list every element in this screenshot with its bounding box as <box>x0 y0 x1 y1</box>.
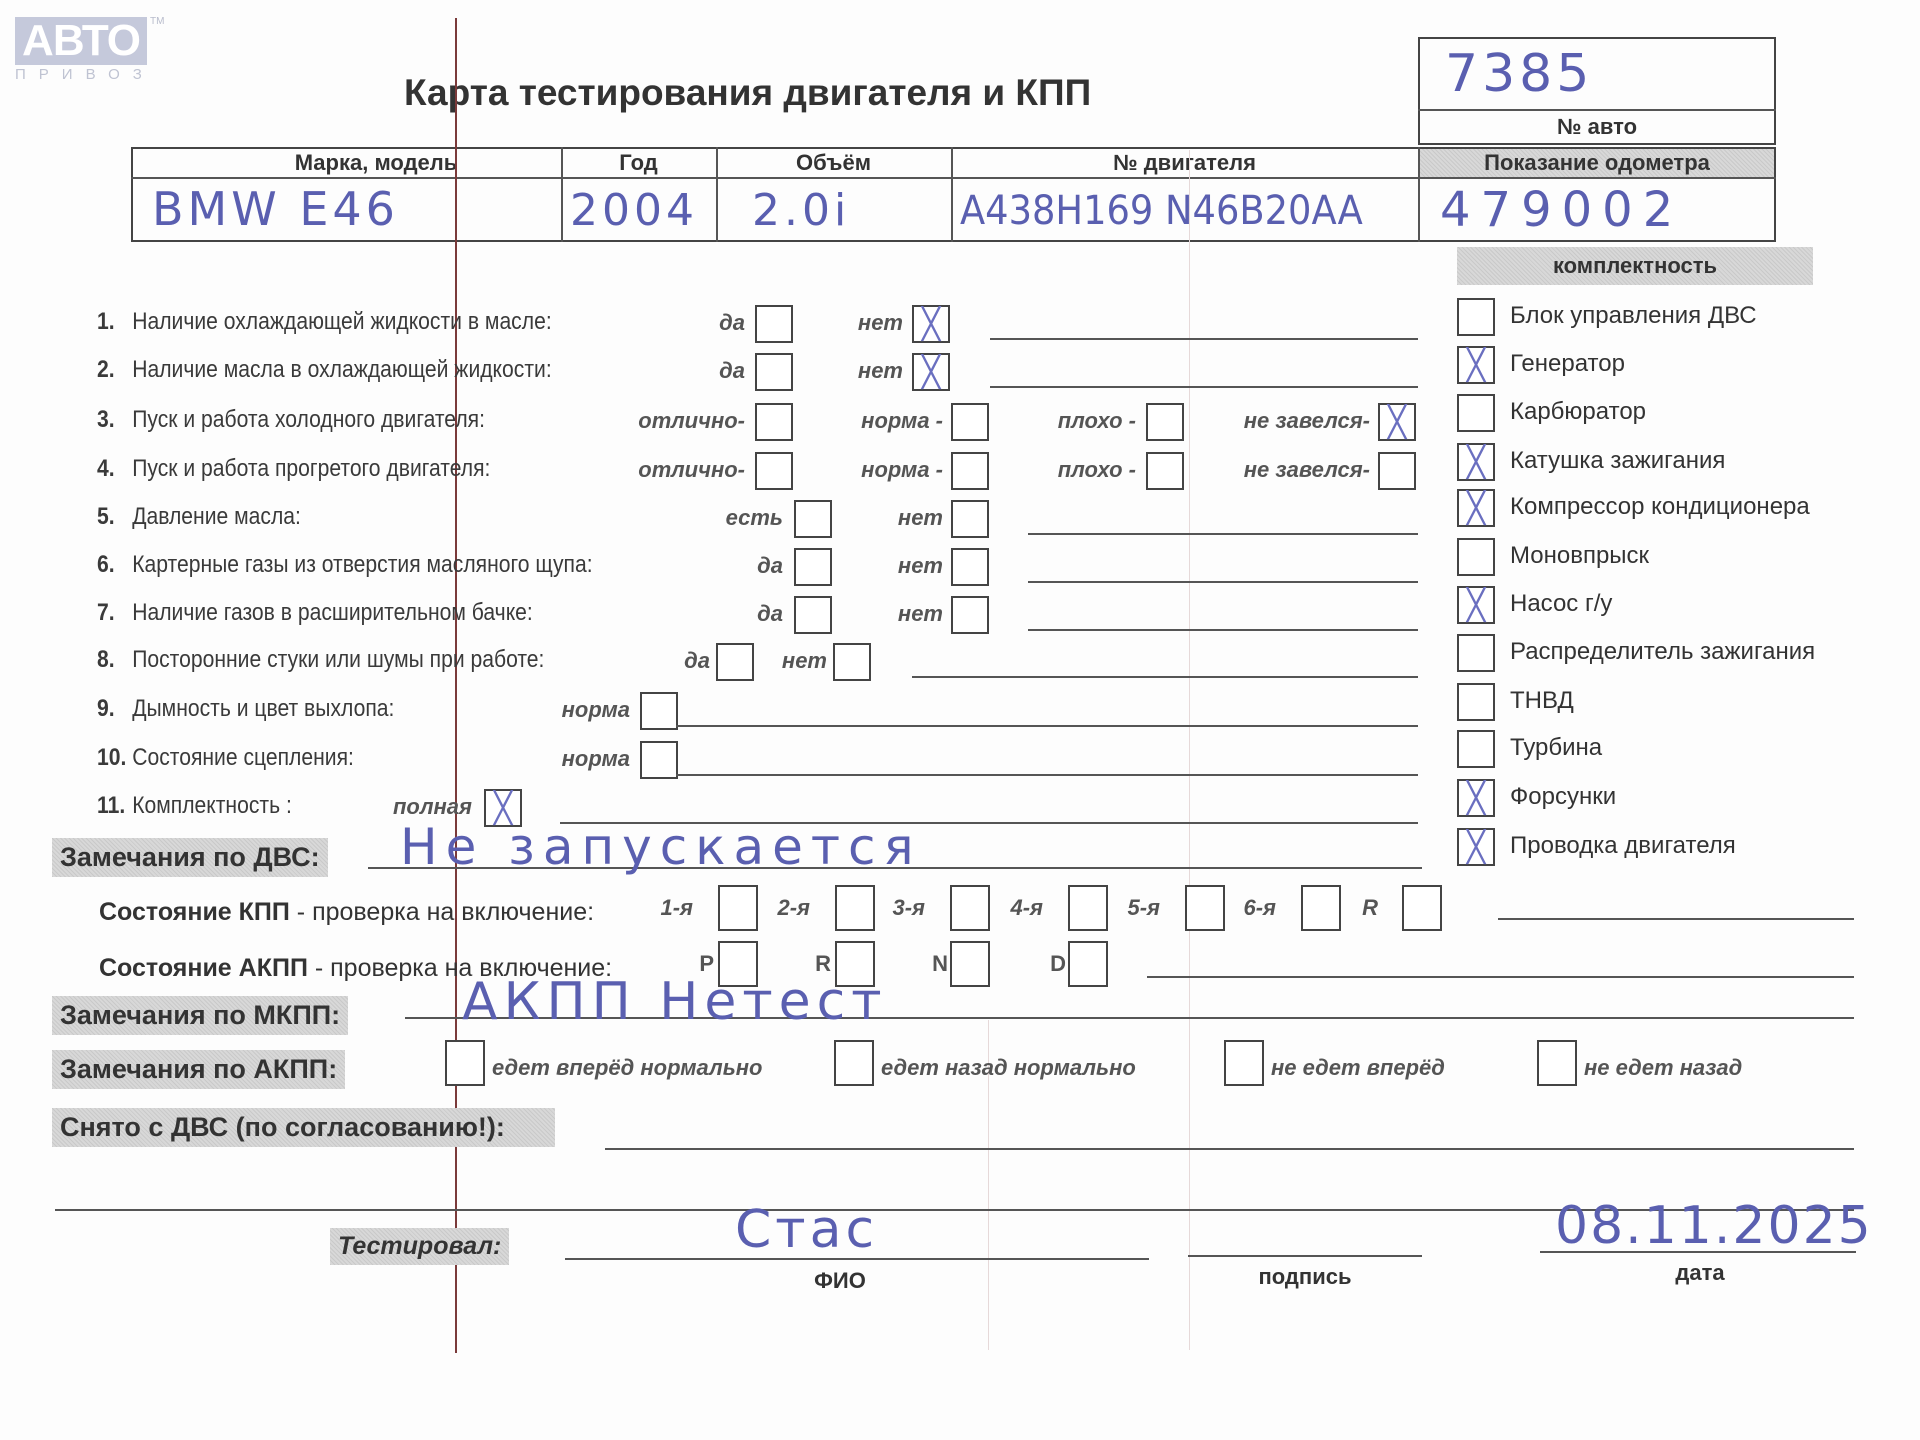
manual-check-label: Состояние КПП - проверка на включение: <box>99 898 594 927</box>
auto-remark-checkbox[interactable] <box>1224 1040 1264 1086</box>
kit-checkbox[interactable]: ╳ <box>1457 489 1495 527</box>
make-model-value[interactable]: BMW E46 <box>152 182 399 236</box>
option-checkbox[interactable] <box>951 500 989 538</box>
header-year: Год <box>561 148 716 178</box>
kit-checkbox[interactable] <box>1457 730 1495 768</box>
kit-item-label: Катушка зажигания <box>1510 447 1725 475</box>
question-label: 1.Наличие охлаждающей жидкости в масле: <box>97 308 552 336</box>
divider <box>1418 109 1776 111</box>
manual-check-label-bold: Состояние КПП <box>99 898 290 926</box>
option-label: нет <box>743 553 943 579</box>
notes-line <box>912 676 1418 678</box>
engine-remarks-value[interactable]: Не запускается <box>400 818 922 876</box>
gear-label: 5-я <box>1080 895 1160 921</box>
kit-checkbox[interactable] <box>1457 298 1495 336</box>
gear-checkbox[interactable] <box>950 941 990 987</box>
question-label: 4.Пуск и работа прогретого двигателя: <box>97 455 490 483</box>
tester-name-value[interactable]: Стас <box>735 1200 878 1260</box>
question-number: 1. <box>97 308 132 336</box>
page-title: Карта тестирования двигателя и КПП <box>404 72 1091 114</box>
check-mark-icon: ╳ <box>486 791 520 826</box>
option-label: норма <box>430 697 630 723</box>
gear-label: 2-я <box>730 895 810 921</box>
kit-checkbox[interactable] <box>1457 683 1495 721</box>
gear-label: 6-я <box>1196 895 1276 921</box>
manual-check-line <box>1498 918 1854 920</box>
option-checkbox[interactable] <box>833 643 871 681</box>
signature-line <box>1188 1255 1422 1257</box>
option-label: нет <box>743 601 943 627</box>
logo-subtitle: ПРИВОЗ <box>15 66 150 83</box>
kit-item-label: Распределитель зажигания <box>1510 638 1815 666</box>
check-mark-icon: ╳ <box>914 355 948 390</box>
removed-line <box>605 1148 1854 1150</box>
question-text: Давление масла: <box>132 503 301 530</box>
logo-brand: АВТО <box>15 17 147 65</box>
header-make-model: Марка, модель <box>131 148 561 178</box>
question-text: Пуск и работа холодного двигателя: <box>132 406 485 433</box>
header-engine-number: № двигателя <box>951 148 1418 178</box>
notes-line <box>1028 533 1418 535</box>
question-text: Наличие газов в расширительном бачке: <box>132 599 533 626</box>
question-number: 8. <box>97 646 132 674</box>
kit-checkbox[interactable]: ╳ <box>1457 779 1495 817</box>
option-checkbox[interactable]: ╳ <box>1378 403 1416 441</box>
option-label: норма <box>430 746 630 772</box>
engine-remarks-label: Замечания по ДВС: <box>52 838 328 877</box>
check-mark-icon: ╳ <box>1459 588 1493 623</box>
option-label: полная <box>272 794 472 820</box>
question-number: 4. <box>97 455 132 483</box>
manual-check-label-rest: - проверка на включение: <box>290 898 594 926</box>
option-label: не завелся- <box>1170 408 1370 434</box>
fold-line <box>1189 150 1190 1350</box>
removed-label: Снято с ДВС (по согласованию!): <box>52 1108 555 1147</box>
notes-line <box>560 822 1418 824</box>
notes-line <box>1028 581 1418 583</box>
question-text: Состояние сцепления: <box>132 744 354 771</box>
question-label: 11.Комплектность : <box>97 792 292 820</box>
gear-checkbox[interactable] <box>1402 885 1442 931</box>
question-number: 6. <box>97 551 132 579</box>
date-caption: дата <box>1640 1260 1760 1286</box>
option-label: норма - <box>743 457 943 483</box>
option-checkbox[interactable]: ╳ <box>484 789 522 827</box>
header-volume: Объём <box>716 148 951 178</box>
gear-checkbox[interactable] <box>718 941 758 987</box>
gear-label: R <box>771 951 831 977</box>
kit-checkbox[interactable]: ╳ <box>1457 586 1495 624</box>
auto-remark-label: не едет назад <box>1584 1055 1742 1081</box>
name-caption: ФИО <box>780 1268 900 1294</box>
question-label: 2.Наличие масла в охлаждающей жидкости: <box>97 356 552 384</box>
auto-remark-label: не едет вперёд <box>1271 1055 1445 1081</box>
question-label: 3.Пуск и работа холодного двигателя: <box>97 406 485 434</box>
manual-remarks-label: Замечания по МКПП: <box>52 996 348 1035</box>
date-value[interactable]: 08.11.2025 <box>1555 1196 1873 1256</box>
option-label: нет <box>703 310 903 336</box>
question-text: Комплектность : <box>132 792 292 819</box>
question-number: 9. <box>97 695 132 723</box>
gear-checkbox[interactable] <box>1068 941 1108 987</box>
kit-item-label: Турбина <box>1510 734 1602 762</box>
gear-label: N <box>888 951 948 977</box>
gear-label: 4-я <box>963 895 1043 921</box>
question-number: 5. <box>97 503 132 531</box>
kit-item-label: Проводка двигателя <box>1510 832 1736 860</box>
kit-item-label: ТНВД <box>1510 687 1574 715</box>
question-label: 7.Наличие газов в расширительном бачке: <box>97 599 533 627</box>
kit-header: комплектность <box>1457 253 1813 279</box>
option-label: плохо - <box>936 457 1136 483</box>
margin-line <box>455 18 457 1353</box>
check-mark-icon: ╳ <box>1459 491 1493 526</box>
question-number: 11. <box>97 792 132 820</box>
check-mark-icon: ╳ <box>1459 781 1493 816</box>
question-text: Наличие охлаждающей жидкости в масле: <box>132 308 551 335</box>
auto-remark-label: едет назад нормально <box>881 1055 1136 1081</box>
gear-label: R <box>1298 895 1378 921</box>
signature-caption: подпись <box>1245 1264 1365 1290</box>
kit-checkbox[interactable] <box>1457 634 1495 672</box>
option-label: отлично- <box>545 457 745 483</box>
notes-line <box>676 774 1418 776</box>
check-mark-icon: ╳ <box>1459 830 1493 865</box>
auto-number-value[interactable]: 7385 <box>1445 44 1593 104</box>
option-label: норма - <box>743 408 943 434</box>
question-label: 9.Дымность и цвет выхлопа: <box>97 695 394 723</box>
kit-checkbox[interactable] <box>1457 394 1495 432</box>
check-mark-icon: ╳ <box>914 307 948 342</box>
check-mark-icon: ╳ <box>1459 445 1493 480</box>
auto-remark-checkbox[interactable] <box>1537 1040 1577 1086</box>
option-checkbox[interactable] <box>951 596 989 634</box>
kit-item-label: Карбюратор <box>1510 398 1646 426</box>
question-label: 5.Давление масла: <box>97 503 301 531</box>
kit-item-label: Форсунки <box>1510 783 1616 811</box>
kit-item-label: Генератор <box>1510 350 1625 378</box>
tested-by-label: Тестировал: <box>330 1228 509 1265</box>
odometer-value[interactable]: 479002 <box>1440 182 1683 238</box>
question-number: 7. <box>97 599 132 627</box>
year-value[interactable]: 2004 <box>570 185 698 236</box>
option-checkbox[interactable]: ╳ <box>912 305 950 343</box>
question-text: Дымность и цвет выхлопа: <box>132 695 394 722</box>
option-label: нет <box>703 358 903 384</box>
question-number: 2. <box>97 356 132 384</box>
header-odometer: Показание одометра <box>1418 148 1776 178</box>
check-mark-icon: ╳ <box>1380 405 1414 440</box>
volume-value[interactable]: 2.0i <box>752 185 850 236</box>
kit-checkbox[interactable]: ╳ <box>1457 443 1495 481</box>
check-mark-icon: ╳ <box>1459 348 1493 383</box>
kit-item-label: Блок управления ДВС <box>1510 302 1757 330</box>
question-text: Наличие масла в охлаждающей жидкости: <box>132 356 551 383</box>
option-checkbox[interactable] <box>640 692 678 730</box>
gear-label: P <box>654 951 714 977</box>
option-label: плохо - <box>936 408 1136 434</box>
option-checkbox[interactable] <box>1378 452 1416 490</box>
option-label: нет <box>627 648 827 674</box>
option-checkbox[interactable] <box>640 741 678 779</box>
kit-item-label: Насос г/у <box>1510 590 1612 618</box>
question-text: Посторонние стуки или шумы при работе: <box>132 646 544 673</box>
gear-label: 3-я <box>845 895 925 921</box>
option-label: не завелся- <box>1170 457 1370 483</box>
gear-checkbox[interactable] <box>835 941 875 987</box>
kit-checkbox[interactable]: ╳ <box>1457 346 1495 384</box>
question-label: 10.Состояние сцепления: <box>97 744 354 772</box>
question-number: 10. <box>97 744 132 772</box>
option-checkbox[interactable]: ╳ <box>912 353 950 391</box>
auto-remark-checkbox[interactable] <box>834 1040 874 1086</box>
option-label: отлично- <box>545 408 745 434</box>
option-checkbox[interactable] <box>951 548 989 586</box>
gear-label: 1-я <box>613 895 693 921</box>
question-text: Пуск и работа прогретого двигателя: <box>132 455 490 482</box>
question-label: 6.Картерные газы из отверстия масляного … <box>97 551 593 579</box>
kit-checkbox[interactable]: ╳ <box>1457 828 1495 866</box>
engine-number-value[interactable]: A438H169 N46B20AA <box>960 188 1363 234</box>
auto-remark-checkbox[interactable] <box>445 1040 485 1086</box>
auto-remarks-label: Замечания по АКПП: <box>52 1050 345 1089</box>
option-label: нет <box>743 505 943 531</box>
logo-trademark: TM <box>150 16 164 27</box>
notes-line <box>990 386 1418 388</box>
question-label: 8.Посторонние стуки или шумы при работе: <box>97 646 544 674</box>
kit-checkbox[interactable] <box>1457 538 1495 576</box>
notes-line <box>990 338 1418 340</box>
gear-label: D <box>1006 951 1066 977</box>
auto-number-label: № авто <box>1418 112 1776 142</box>
auto-remark-label: едет вперёд нормально <box>492 1055 763 1081</box>
manual-remarks-value[interactable]: АКПП Нетест <box>462 972 887 1032</box>
notes-line <box>1028 629 1418 631</box>
auto-check-line <box>1147 976 1854 978</box>
question-number: 3. <box>97 406 132 434</box>
notes-line <box>676 725 1418 727</box>
question-text: Картерные газы из отверстия масляного щу… <box>132 551 592 578</box>
kit-item-label: Компрессор кондиционера <box>1510 493 1810 521</box>
kit-item-label: Моновпрыск <box>1510 542 1649 570</box>
auto-check-label-bold: Состояние АКПП <box>99 954 308 982</box>
